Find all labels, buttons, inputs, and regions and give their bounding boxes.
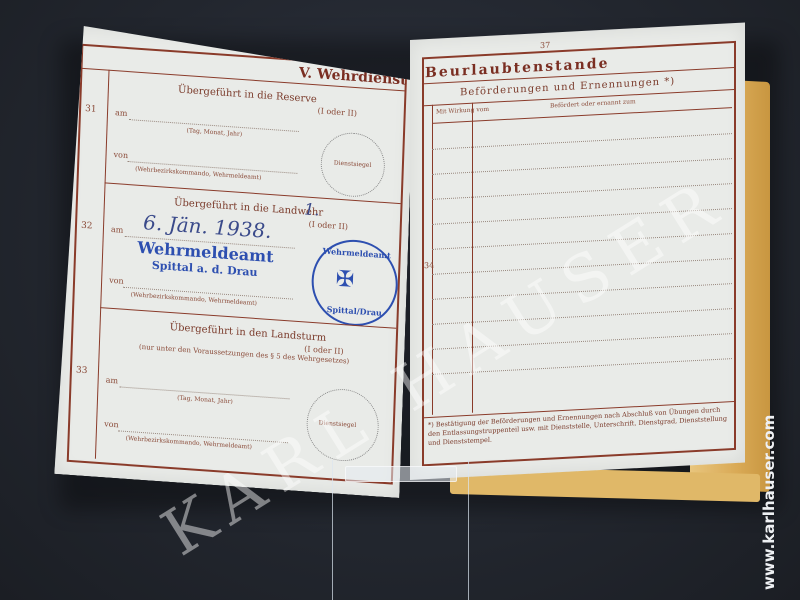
row-number-34: 34 bbox=[424, 261, 434, 271]
website-watermark: www.karlhauser.com bbox=[760, 415, 778, 590]
reserve-von-label: von bbox=[113, 150, 128, 160]
photo-scene: 36 V. Wehrdienst im Übergeführt in die R… bbox=[0, 0, 800, 600]
acrylic-stand-bar bbox=[345, 466, 457, 482]
right-page-number: 37 bbox=[540, 41, 550, 51]
row-number-33: 33 bbox=[76, 365, 88, 376]
row-number-32: 32 bbox=[81, 221, 93, 232]
landwehr-von-label: von bbox=[109, 276, 124, 286]
reserve-am-label: am bbox=[115, 108, 128, 118]
landwehr-handwritten-class: 1. bbox=[304, 199, 320, 219]
seal-text-bottom: Spittal/Drau bbox=[327, 304, 382, 318]
landsturm-von-label: von bbox=[104, 419, 119, 429]
landwehr-am-label: am bbox=[111, 225, 124, 235]
landsturm-am-label: am bbox=[106, 376, 119, 386]
eagle-emblem-icon: ✠ bbox=[335, 267, 354, 293]
row-number-31: 31 bbox=[85, 104, 97, 115]
